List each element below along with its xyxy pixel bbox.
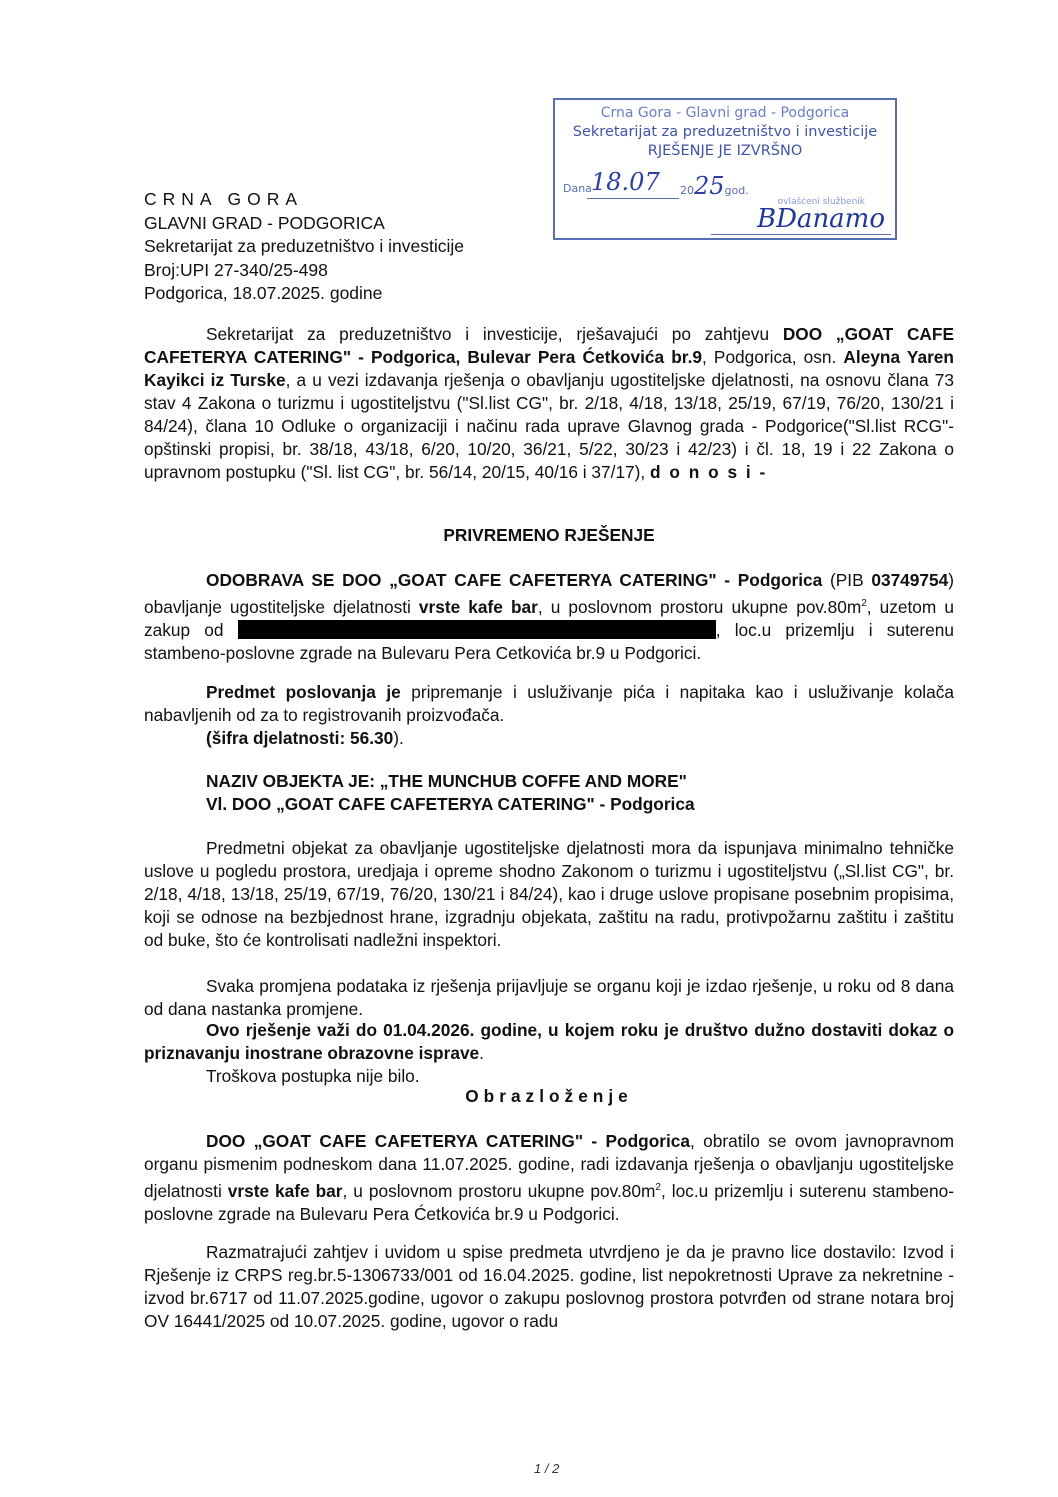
change-notice-paragraph: Svaka promjena podataka iz rješenja prij…: [144, 975, 954, 1021]
stamp-date-handwritten: 18.07: [591, 168, 660, 196]
stamp-line-1: Crna Gora - Glavni grad - Podgorica: [555, 105, 895, 121]
reasoning-title: Obrazloženje: [144, 1085, 954, 1108]
reasoning-lead: DOO „GOAT CAFE CAFETERYA CATERING" - Pod…: [206, 1131, 690, 1151]
object-owner: Vl. DOO „GOAT CAFE CAFETERYA CATERING" -…: [144, 793, 1016, 816]
approval-paragraph: ODOBRAVA SE DOO „GOAT CAFE CAFETERYA CAT…: [144, 569, 954, 665]
stamp-year-handwritten: 25: [694, 172, 725, 200]
validity-date: Ovo rješenje važi do 01.04.2026.: [206, 1020, 474, 1040]
intro-text-2: , Podgorica, osn.: [702, 347, 843, 367]
decision-title: PRIVREMENO RJEŠENJE: [144, 524, 954, 547]
stamp-year-prefix: 20: [680, 184, 694, 197]
validity-end: .: [479, 1043, 484, 1063]
stamp-year-suffix: god.: [725, 184, 749, 197]
stamp-date-line: [587, 198, 679, 199]
approval-pib-open: (PIB: [822, 570, 871, 590]
documents-paragraph: Razmatrajući zahtjev i uvidom u spise pr…: [144, 1241, 954, 1333]
approval-pib: 03749754: [871, 570, 948, 590]
intro-text-1: Sekretarijat za preduzetništvo i investi…: [206, 324, 783, 344]
header-place-date: Podgorica, 18.07.2025. godine: [144, 282, 464, 306]
subject-paragraph: Predmet poslovanja je pripremanje i uslu…: [144, 681, 954, 727]
object-name: NAZIV OBJEKTA JE: „THE MUNCHUB COFFE AND…: [144, 770, 1016, 793]
stamp-date-label: Dana: [563, 182, 592, 195]
redacted-landlord: [238, 620, 716, 639]
approval-lead: ODOBRAVA SE DOO „GOAT CAFE CAFETERYA CAT…: [206, 570, 822, 590]
activity-code-value: 56.30: [350, 728, 393, 748]
document-header: CRNA GORA GLAVNI GRAD - PODGORICA Sekret…: [144, 188, 464, 306]
stamp-line-3: RJEŠENJE JE IZVRŠNO: [555, 143, 895, 159]
approval-kind: vrste kafe bar: [419, 597, 538, 617]
activity-code-label: (šifra djelatnosti:: [206, 728, 350, 748]
stamp-year: 2025god.: [680, 172, 749, 200]
conditions-paragraph: Predmetni objekat za obavljanje ugostite…: [144, 837, 954, 952]
header-department: Sekretarijat za preduzetništvo i investi…: [144, 235, 464, 259]
reasoning-kind: vrste kafe bar: [228, 1181, 343, 1201]
enforceability-stamp: Crna Gora - Glavni grad - Podgorica Sekr…: [553, 98, 897, 240]
reasoning-paragraph: DOO „GOAT CAFE CAFETERYA CATERING" - Pod…: [144, 1130, 954, 1226]
header-country: CRNA GORA: [144, 188, 464, 212]
activity-code-end: ).: [393, 728, 404, 748]
header-city: GLAVNI GRAD - PODGORICA: [144, 212, 464, 236]
header-case-number: Broj:UPI 27-340/25-498: [144, 259, 464, 283]
intro-paragraph: Sekretarijat za preduzetništvo i investi…: [144, 323, 954, 484]
stamp-line-2: Sekretarijat za preduzetništvo i investi…: [555, 124, 895, 140]
intro-donosi: d o n o s i -: [650, 462, 767, 482]
approval-text-2: , u poslovnom prostoru ukupne pov.80m: [538, 597, 861, 617]
subject-lead: Predmet poslovanja je: [206, 682, 401, 702]
activity-code: (šifra djelatnosti: 56.30).: [144, 727, 1016, 750]
signature: BDanamo: [757, 204, 885, 234]
validity-paragraph: Ovo rješenje važi do 01.04.2026. godine,…: [144, 1019, 954, 1065]
signature-line: [711, 234, 891, 235]
page-number: 1 / 2: [534, 1461, 559, 1476]
reasoning-text-2: , u poslovnom prostoru ukupne pov.80m: [343, 1181, 656, 1201]
